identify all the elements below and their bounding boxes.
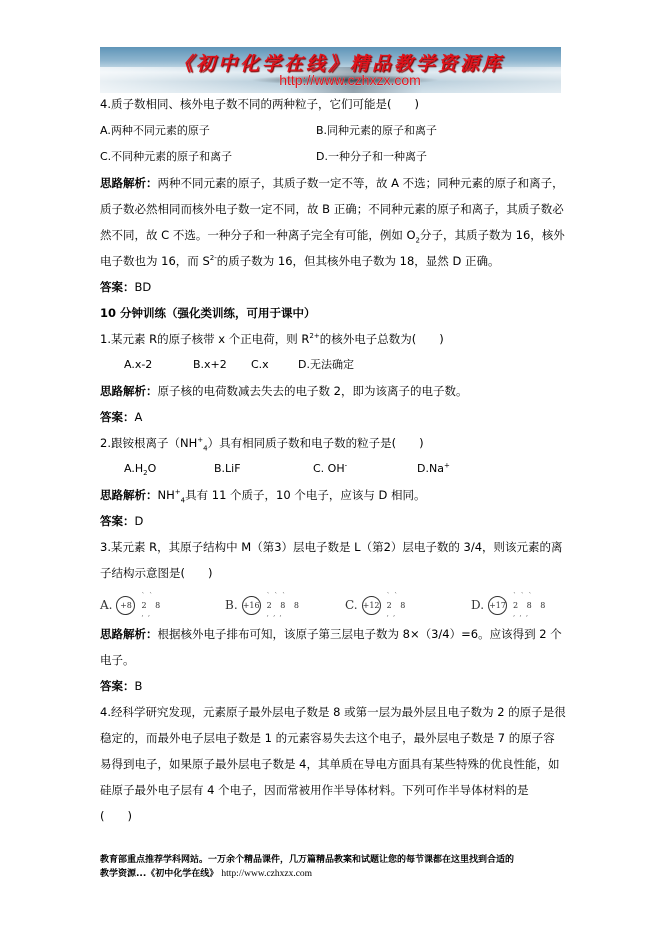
footer-link[interactable]: http://www.czhxzx.com — [221, 869, 312, 879]
shell-arcs-icon: , , — [387, 610, 397, 618]
analysis-line: 思路解析：NH+4具有 11 个质子，10 个电子，应该与 D 相同。 — [100, 488, 426, 502]
answer-line: 答案：A — [100, 410, 142, 424]
option-d: D.Na+ — [417, 462, 450, 476]
answer-value: BD — [135, 280, 152, 294]
option-c: C.x — [251, 358, 269, 372]
question-stem: 2.跟铵根离子（NH+4）具有相同质子数和电子数的粒子是( ) — [100, 436, 424, 450]
question-stem: 稳定的，而最外电子层电子数是 1 的元素容易失去这个电子，最外层电子数是 7 的… — [100, 731, 555, 745]
electron-shells: 2 8 8` ` `, , , — [513, 601, 548, 610]
structure-diagram-a: A. +8 2 8` `, , — [100, 594, 163, 616]
option-b: B.同种元素的原子和离子 — [316, 124, 437, 138]
answer-line: 答案：B — [100, 679, 142, 693]
question-stem: 4.质子数相同、核外电子数不同的两种粒子，它们可能是( ) — [100, 97, 419, 111]
nucleus-icon: +8 — [116, 596, 135, 615]
option-b: B.LiF — [214, 462, 241, 476]
analysis-line: 思路解析：原子核的电荷数减去失去的电子数 2，即为该离子的电子数。 — [100, 384, 467, 398]
answer-value: A — [135, 410, 143, 424]
shell-arcs-icon: , , — [141, 610, 151, 618]
analysis-label: 思路解析： — [100, 488, 158, 502]
analysis-line: 然不同，故 C 不选。一种分子和一种离子完全有可能，例如 O2分子，其质子数为 … — [100, 228, 565, 242]
analysis-line: 电子。 — [100, 653, 135, 667]
analysis-line: 质子数必然相同而核外电子数一定不同，故 B 正确；不同种元素的原子和离子，其质子… — [100, 202, 564, 216]
structure-diagram-b: B. +16 2 8 8` ` `, , , — [225, 594, 302, 616]
analysis-label: 思路解析： — [100, 627, 158, 641]
option-c: C.不同种元素的原子和离子 — [100, 150, 232, 164]
analysis-label: 思路解析： — [100, 176, 158, 190]
answer-label: 答案： — [100, 280, 135, 294]
question-stem: 3.某元素 R，其原子结构中 M（第3）层电子数是 L（第2）层电子数的 3/4… — [100, 540, 563, 554]
shell-arcs-icon: ` ` ` — [513, 592, 533, 600]
answer-value: B — [135, 679, 143, 693]
nucleus-icon: +12 — [362, 596, 381, 615]
answer-label: 答案： — [100, 514, 135, 528]
nucleus-icon: +17 — [488, 596, 507, 615]
section-title: 10 分钟训练（强化类训练，可用于课中） — [100, 306, 316, 320]
question-stem: 硅原子最外电子层有 4 个电子，因而常被用作半导体材料。下列可作半导体材料的是 — [100, 783, 529, 797]
shell-arcs-icon: ` ` — [387, 592, 399, 600]
electron-shells: 2 8` `, , — [387, 601, 409, 610]
question-stem: 易得到电子，如果原子最外层电子数是 4，其单质在导电方面具有某些特殊的优良性能，… — [100, 757, 559, 771]
shell-arcs-icon: ` ` ` — [267, 592, 287, 600]
question-stem: 1.某元素 R的原子核带 x 个正电荷，则 R2+的核外电子总数为( ) — [100, 332, 444, 346]
shell-arcs-icon: , , , — [513, 610, 529, 618]
option-d: D.一种分子和一种离子 — [316, 150, 427, 164]
option-a: A.x-2 — [124, 358, 152, 372]
answer-value: D — [135, 514, 144, 528]
shell-arcs-icon: , , , — [267, 610, 283, 618]
option-b: B.x+2 — [193, 358, 227, 372]
analysis-line: 电子数也为 16，而 S2-的质子数为 16，但其核外电子数为 18，显然 D … — [100, 254, 499, 268]
footer-line: 教育部重点推荐学科网站。一万余个精品课件，几万篇精品教案和试题让您的每节课都在这… — [100, 854, 514, 866]
option-a: A.H2O — [124, 462, 156, 476]
nucleus-icon: +16 — [242, 596, 261, 615]
question-stem: 4.经科学研究发现，元素原子最外层电子数是 8 或第一层为最外层且电子数为 2 … — [100, 705, 566, 719]
banner-url[interactable]: http://www.czhxzx.com — [250, 72, 450, 88]
option-a: A.两种不同元素的原子 — [100, 124, 210, 138]
answer-label: 答案： — [100, 410, 135, 424]
question-stem: 子结构示意图是( ) — [100, 566, 212, 580]
analysis-label: 思路解析： — [100, 384, 158, 398]
analysis-line: 思路解析：根据核外电子排布可知，该原子第三层电子数为 8×（3/4）=6。应该得… — [100, 627, 562, 641]
analysis-line: 思路解析：两种不同元素的原子，其质子数一定不等，故 A 不选；同种元素的原子和离… — [100, 176, 564, 190]
question-stem: ( ) — [100, 809, 132, 823]
structure-diagram-c: C. +12 2 8` `, , — [345, 594, 408, 616]
option-d: D.无法确定 — [298, 358, 354, 372]
shell-arcs-icon: ` ` — [141, 592, 153, 600]
structure-diagram-d: D. +17 2 8 8` ` `, , , — [471, 594, 548, 616]
answer-line: 答案：D — [100, 514, 143, 528]
electron-shells: 2 8` `, , — [141, 601, 163, 610]
site-banner: 《初中化学在线》精品教学资源库 http://www.czhxzx.com — [100, 47, 561, 93]
electron-shells: 2 8 8` ` `, , , — [267, 601, 302, 610]
answer-label: 答案： — [100, 679, 135, 693]
option-c: C. OH- — [313, 462, 347, 476]
footer-line: 教学资源...《初中化学在线》 http://www.czhxzx.com — [100, 868, 312, 880]
answer-line: 答案：BD — [100, 280, 151, 294]
